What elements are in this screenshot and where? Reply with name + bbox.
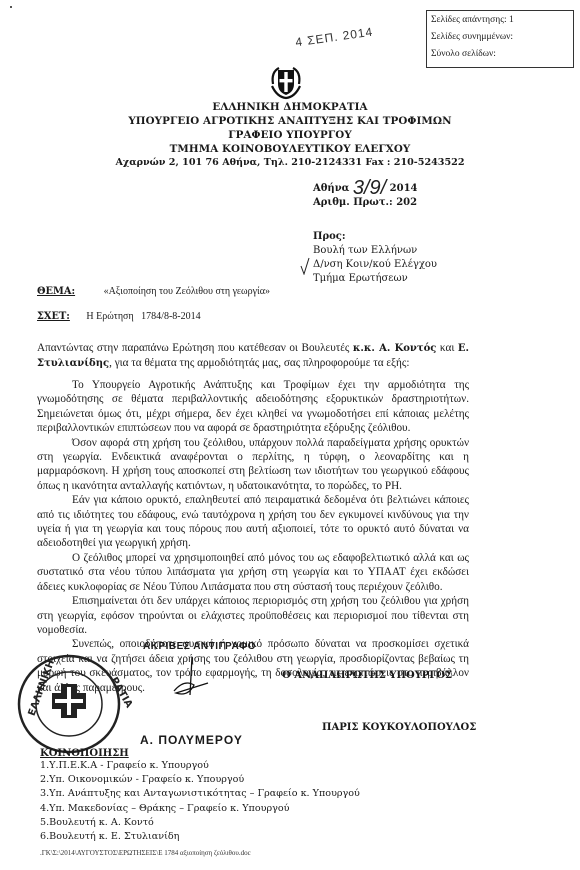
checkmark-icon	[300, 257, 310, 275]
body-paragraph: Ο ζεόλιθος μπορεί να χρησιμοποιηθεί από …	[37, 551, 469, 594]
certified-copy-stamp: ΑΚΡΙΒΕΣ ΑΝΤΙΓΡΑΦΟ	[143, 641, 256, 652]
cc-item: 3.Υπ. Ανάπτυξης και Ανταγωνιστικότητας –…	[40, 787, 360, 801]
handwritten-date: 3/9/	[353, 177, 386, 199]
certifier-name: Α. ΠΟΛΥΜΕΡΟΥ	[140, 733, 243, 747]
intro-paragraph: Απαντώντας στην παραπάνω Ερώτηση που κατ…	[37, 341, 469, 371]
recipient-line: Τμήμα Ερωτήσεων	[313, 272, 437, 286]
cc-label: ΚΟΙΝΟΠΟΙΗΣΗ	[40, 748, 129, 759]
header-ministry: ΥΠΟΥΡΓΕΙΟ ΑΓΡΟΤΙΚΗΣ ΑΝΑΠΤΥΞΗΣ ΚΑΙ ΤΡΟΦΙΜ…	[0, 115, 580, 127]
received-date-stamp: 4 ΣΕΠ. 2014	[294, 25, 374, 50]
recipient-label: Προς:	[313, 230, 437, 244]
header-department: ΤΜΗΜΑ ΚΟΙΝΟΒΟΥΛΕΥΤΙΚΟΥ ΕΛΕΓΧΟΥ	[0, 143, 580, 155]
cc-item: 4.Υπ. Μακεδονίας – Θράκης – Γραφείο κ. Υ…	[40, 802, 360, 816]
reference-row: ΣΧΕΤ: Η Ερώτηση 1784/8-8-2014	[37, 311, 201, 322]
subject-text: «Αξιοποίηση του Ζεόλιθου στη γεωργία»	[104, 286, 270, 297]
recipient-line: Βουλή των Ελλήνων	[313, 244, 437, 258]
header-republic: ΕΛΛΗΝΙΚΗ ΔΗΜΟΚΡΑΤΙΑ	[0, 101, 580, 113]
signature-mark	[170, 655, 210, 703]
page-count-box: Σελίδες απάντησης: 1 Σελίδες συνημμένων:…	[426, 10, 574, 68]
cc-item: 1.Υ.Π.Ε.Κ.Α - Γραφείο κ. Υπουργού	[40, 759, 360, 773]
header-address: Αχαρνών 2, 101 76 Αθήνα, Τηλ. 210-212433…	[0, 157, 580, 168]
cc-item: 6.Βουλευτή κ. Ε. Στυλιανίδη	[40, 830, 360, 844]
reference-label: ΣΧΕΤ:	[37, 311, 70, 322]
cc-item: 5.Βουλευτή κ. Α. Κοντό	[40, 816, 360, 830]
signatory-title: Ο ΑΝΑΠΛΗΡΩΤΗΣ ΥΠΟΥΡΓΟΣ	[282, 670, 452, 681]
header-office: ΓΡΑΦΕΙΟ ΥΠΟΥΡΓΟΥ	[0, 129, 580, 141]
coat-of-arms-icon	[267, 64, 305, 100]
body-paragraph: Επισημαίνεται ότι δεν υπάρχει κάποιος πε…	[37, 594, 469, 637]
subject-row: ΘΕΜΑ: «Αξιοποίηση του Ζεόλιθου στη γεωργ…	[37, 286, 270, 297]
body-paragraph: Όσον αφορά στη χρήση του ζεόλιθου, υπάρχ…	[37, 436, 469, 494]
body-paragraph: Εάν για κάποιο ορυκτό, επαληθευτεί από π…	[37, 493, 469, 551]
protocol-label: Αριθμ. Πρωτ.:	[313, 197, 393, 208]
date-city: Αθήνα	[313, 183, 349, 194]
intro-text: Απαντώντας στην παραπάνω Ερώτηση που κατ…	[37, 342, 353, 354]
official-seal-icon: ΕΛΛΗΝΙΚΗ ΡΑΤΙΑ	[14, 648, 132, 756]
cc-list: 1.Υ.Π.Ε.Κ.Α - Γραφείο κ. Υπουργού 2.Υπ. …	[40, 759, 360, 844]
protocol-number: 202	[396, 197, 417, 208]
scan-speck	[10, 6, 12, 8]
reference-text: Η Ερώτηση 1784/8-8-2014	[86, 311, 200, 322]
file-path-footer: .ΓΚ\Σ:\2014\ΑΥΓΟΥΣΤΟΣ\ΕΡΩΤΗΣΕΙΣ\Ε 1784 α…	[40, 849, 251, 857]
body-paragraph: Το Υπουργείο Αγροτικής Ανάπτυξης και Τρο…	[37, 378, 469, 436]
recipient-line: Δ/νση Κοιν/κού Ελέγχου	[313, 258, 437, 272]
reply-pages: Σελίδες απάντησης: 1	[431, 12, 573, 29]
cc-item: 2.Υπ. Οικονομικών - Γραφείο κ. Υπουργού	[40, 773, 360, 787]
date-year: 2014	[390, 183, 418, 194]
recipient-block: Προς: Βουλή των Ελλήνων Δ/νση Κοιν/κού Ε…	[313, 230, 437, 286]
intro-text: και	[436, 342, 458, 354]
signatory-name: ΠΑΡΙΣ ΚΟΥΚΟΥΛΟΠΟΥΛΟΣ	[322, 722, 476, 733]
total-pages: Σύνολο σελίδων:	[431, 46, 573, 63]
mp-names: κ.κ. Α. Κοντός	[353, 343, 436, 354]
intro-text: , για τα θέματα της αρμοδιότητάς μας, σα…	[109, 357, 409, 369]
subject-label: ΘΕΜΑ:	[37, 286, 75, 297]
attachment-pages: Σελίδες συνημμένων:	[431, 29, 573, 46]
date-block: Αθήνα 3/9/ 2014 Αριθμ. Πρωτ.: 202	[313, 177, 418, 208]
